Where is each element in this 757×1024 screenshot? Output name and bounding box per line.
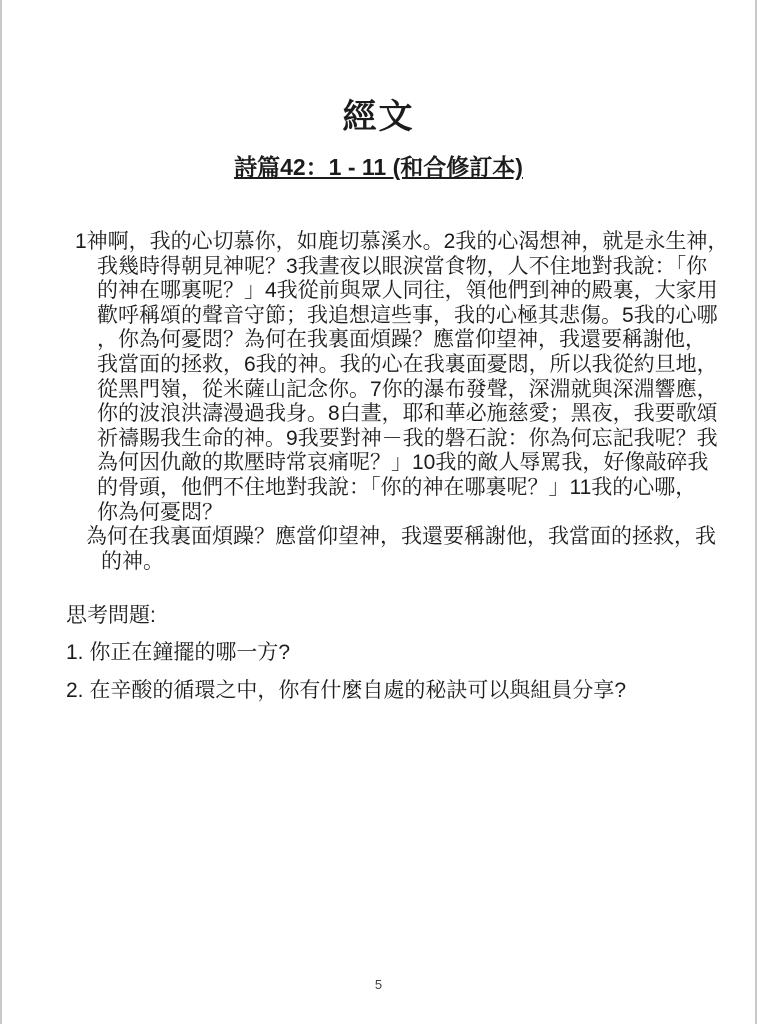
document-page: 經文 詩篇42：1 - 11 (和合修訂本) 1神啊，我的心切慕你，如鹿切慕溪水… (0, 0, 757, 1024)
scripture-line: 的神。 (75, 550, 715, 575)
scripture-line: 祈禱賜我生命的神。9我要對神－我的磐石說：你為何忘記我呢？我 (75, 427, 715, 452)
question-item: 2. 在辛酸的循環之中，你有什麼自處的秘訣可以與組員分享? (66, 679, 715, 704)
scripture-line: 1神啊，我的心切慕你，如鹿切慕溪水。2我的心渴想神，就是永生神， (75, 230, 715, 255)
scripture-line: 歡呼稱頌的聲音守節；我追想這些事，我的心極其悲傷。5我的心哪 (75, 304, 715, 329)
scripture-line: 你的波浪洪濤漫過我身。8白晝，耶和華必施慈愛；黑夜，我要歌頌 (75, 402, 715, 427)
question-item: 1. 你正在鐘擺的哪一方? (66, 641, 715, 666)
scripture-reference-subtitle: 詩篇42：1 - 11 (和合修訂本) (2, 152, 755, 182)
scripture-line: 從黑門嶺，從米薩山記念你。7你的瀑布發聲，深淵就與深淵響應， (75, 378, 715, 403)
scripture-line: ，你為何憂悶？為何在我裏面煩躁？應當仰望神，我還要稱謝他， (75, 328, 715, 353)
scripture-line: 為何在我裏面煩躁？應當仰望神，我還要稱謝他，我當面的拯救，我 (75, 525, 715, 550)
scripture-line: 的神在哪裏呢？」4我從前與眾人同往，領他們到神的殿裏，大家用 (75, 279, 715, 304)
questions-heading: 思考問題: (66, 604, 715, 629)
scripture-line: 我當面的拯救，6我的神。我的心在我裏面憂悶，所以我從約旦地， (75, 353, 715, 378)
scripture-line: 為何因仇敵的欺壓時常哀痛呢？」10我的敵人辱罵我，好像敲碎我 (75, 451, 715, 476)
page-title: 經文 (2, 96, 755, 138)
scripture-line: 你為何憂悶？ (75, 501, 715, 526)
page-number: 5 (2, 977, 755, 992)
reflection-questions: 思考問題: 1. 你正在鐘擺的哪一方? 2. 在辛酸的循環之中，你有什麼自處的秘… (66, 604, 715, 703)
scripture-passage: 1神啊，我的心切慕你，如鹿切慕溪水。2我的心渴想神，就是永生神， 我幾時得朝見神… (75, 230, 715, 574)
scripture-line: 我幾時得朝見神呢？3我晝夜以眼淚當食物，人不住地對我說：「你 (75, 255, 715, 280)
scripture-line: 的骨頭，他們不住地對我說：「你的神在哪裏呢？」11我的心哪， (75, 476, 715, 501)
